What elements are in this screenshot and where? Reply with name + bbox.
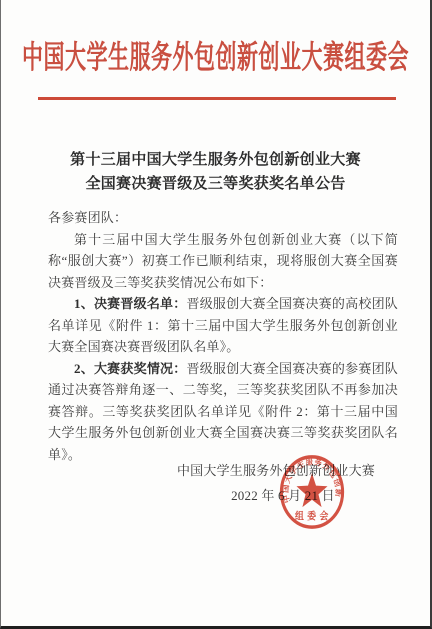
list-item-1-label: 1、决赛晋级名单：: [74, 296, 186, 311]
salutation: 各参赛团队：: [48, 207, 398, 229]
letterhead-org-title: 中国大学生服务外包创新创业大赛组委会: [1, 42, 430, 74]
official-seal: 中国大学生服务外包创新创业大赛 组委会: [278, 453, 346, 531]
seal-star-icon: [296, 473, 327, 507]
document-title-line1: 第十三届中国大学生服务外包创新创业大赛: [17, 148, 414, 172]
list-item-1: 1、决赛晋级名单：晋级服创大赛全国赛决赛的高校团队名单详见《附件 1：第十三届中…: [48, 293, 398, 358]
document-title: 第十三届中国大学生服务外包创新创业大赛 全国赛决赛晋级及三等奖获奖名单公告: [17, 148, 414, 196]
list-item-2-label: 2、大赛获奖情况：: [74, 361, 186, 376]
letterhead-divider: [38, 97, 396, 100]
intro-paragraph: 第十三届中国大学生服务外包创新创业大赛（以下简称“服创大赛”）初赛工作已顺利结束…: [48, 229, 398, 294]
document-body: 各参赛团队： 第十三届中国大学生服务外包创新创业大赛（以下简称“服创大赛”）初赛…: [48, 207, 398, 465]
document-title-line2: 全国赛决赛晋级及三等奖获奖名单公告: [17, 172, 414, 196]
scanned-announcement-page: 中国大学生服务外包创新创业大赛组委会 第十三届中国大学生服务外包创新创业大赛 全…: [0, 0, 432, 629]
list-item-2: 2、大赛获奖情况：晋级服创大赛全国赛决赛的参赛团队通过决赛答辩角逐一、二等奖，三…: [48, 358, 398, 466]
seal-bottom-text: 组委会: [295, 510, 332, 523]
